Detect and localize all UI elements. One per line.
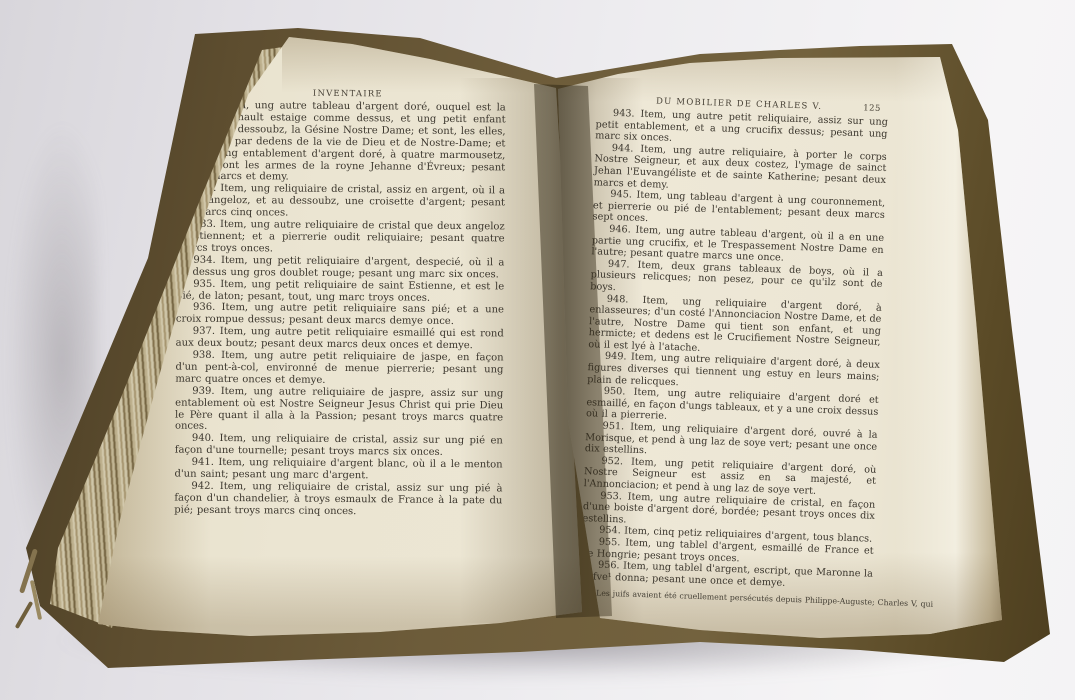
right-page-number: 125 bbox=[863, 103, 881, 114]
footnote: ¹ Les juifs avaient été cruellement pers… bbox=[580, 588, 872, 607]
header-spacer bbox=[585, 101, 615, 102]
inventory-item: 934. Item, ung petit reliquiaire d'argen… bbox=[176, 254, 504, 281]
inventory-item: 941. Item, ung reliquiaire d'argent blan… bbox=[174, 457, 502, 484]
inventory-item: 936. Item, ung autre petit reliquiaire s… bbox=[176, 302, 504, 329]
inventory-item: 942. Item, ung reliquiaire de cristal, a… bbox=[174, 481, 502, 520]
inventory-item: 948. Item, ung reliquiaire d'argent doré… bbox=[588, 293, 882, 361]
right-page-text: 943. Item, ung autre petit reliquiaire, … bbox=[580, 107, 888, 607]
inventory-item: 935. Item, ung petit reliquiaire de sain… bbox=[176, 278, 504, 305]
inventory-item: 939. Item, ung autre reliquiaire de jasp… bbox=[175, 385, 503, 435]
photo-of-open-book: 124 INVENTAIRE 931. Item, ung autre tabl… bbox=[0, 0, 1075, 700]
inventory-item: 933. Item, ung autre reliquiaire de cris… bbox=[176, 219, 504, 258]
inventory-item: 932. Item, ung reliquiaire de cristal, a… bbox=[177, 183, 505, 222]
left-running-title: INVENTAIRE bbox=[313, 89, 383, 100]
binding-thread bbox=[15, 601, 33, 629]
right-page-items: 943. Item, ung autre petit reliquiaire, … bbox=[580, 107, 888, 592]
inventory-item: 940. Item, ung reliquiaire de cristal, a… bbox=[175, 433, 503, 460]
inventory-item: 937. Item, ung autre petit reliquiaire e… bbox=[176, 326, 504, 353]
left-page-text: 931. Item, ung autre tableau d'argent do… bbox=[174, 100, 506, 520]
inventory-item: 938. Item, ung autre petit reliquiaire d… bbox=[175, 350, 503, 389]
